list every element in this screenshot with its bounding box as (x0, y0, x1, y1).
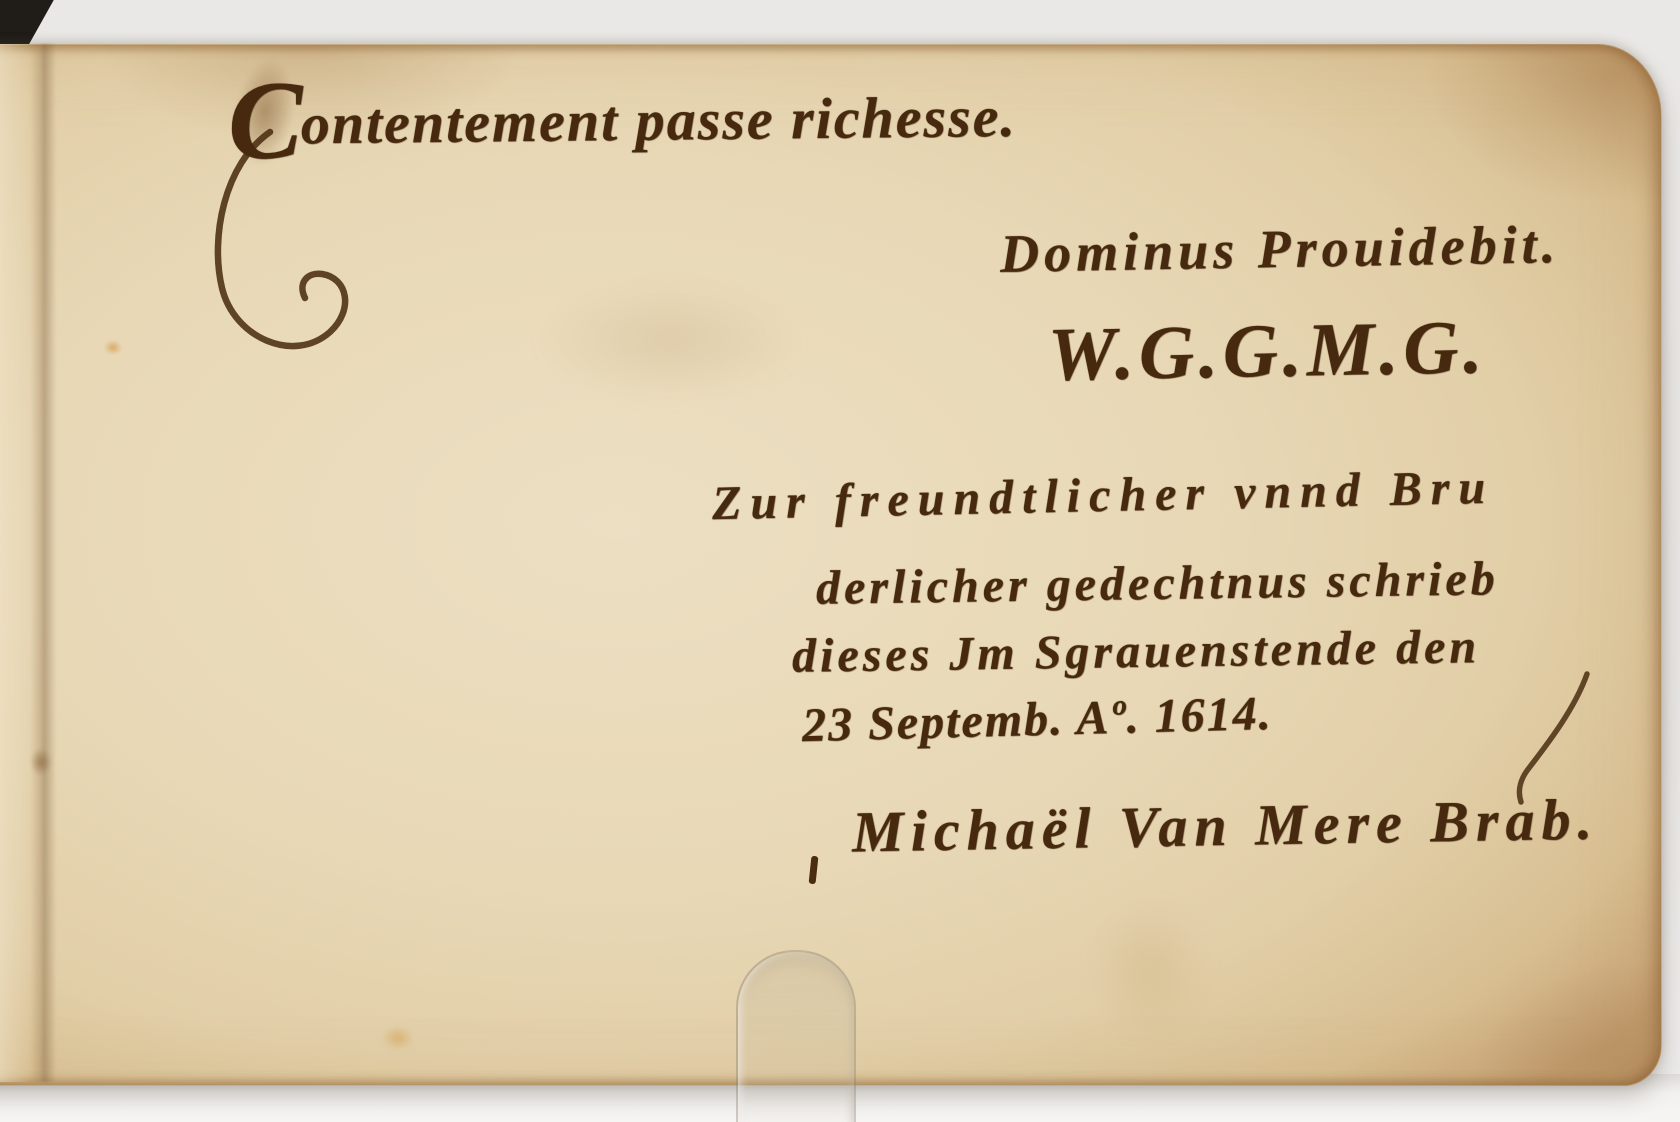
latin-motto-line: Dominus Prouidebit. (1000, 213, 1561, 285)
manuscript-photo: Contentement passe richesse. Dominus Pro… (0, 0, 1680, 1122)
transparent-page-weight (736, 950, 856, 1122)
french-motto-line: Contentement passe richesse. (228, 80, 1018, 158)
french-motto-text: ontentement passe richesse. (300, 84, 1017, 156)
signature-line: Michaël Van Mere Brab. (851, 785, 1599, 865)
dedication-line-2: derlicher gedechtnus schrieb (816, 551, 1499, 616)
dedication-line-3: dieses Jm Sgrauenstende den (792, 619, 1481, 684)
initials-line: W.G.G.M.G. (1047, 304, 1488, 399)
gutter-highlight (0, 44, 30, 1082)
french-motto-initial: C (227, 58, 305, 183)
gutter-fold (30, 44, 56, 1082)
